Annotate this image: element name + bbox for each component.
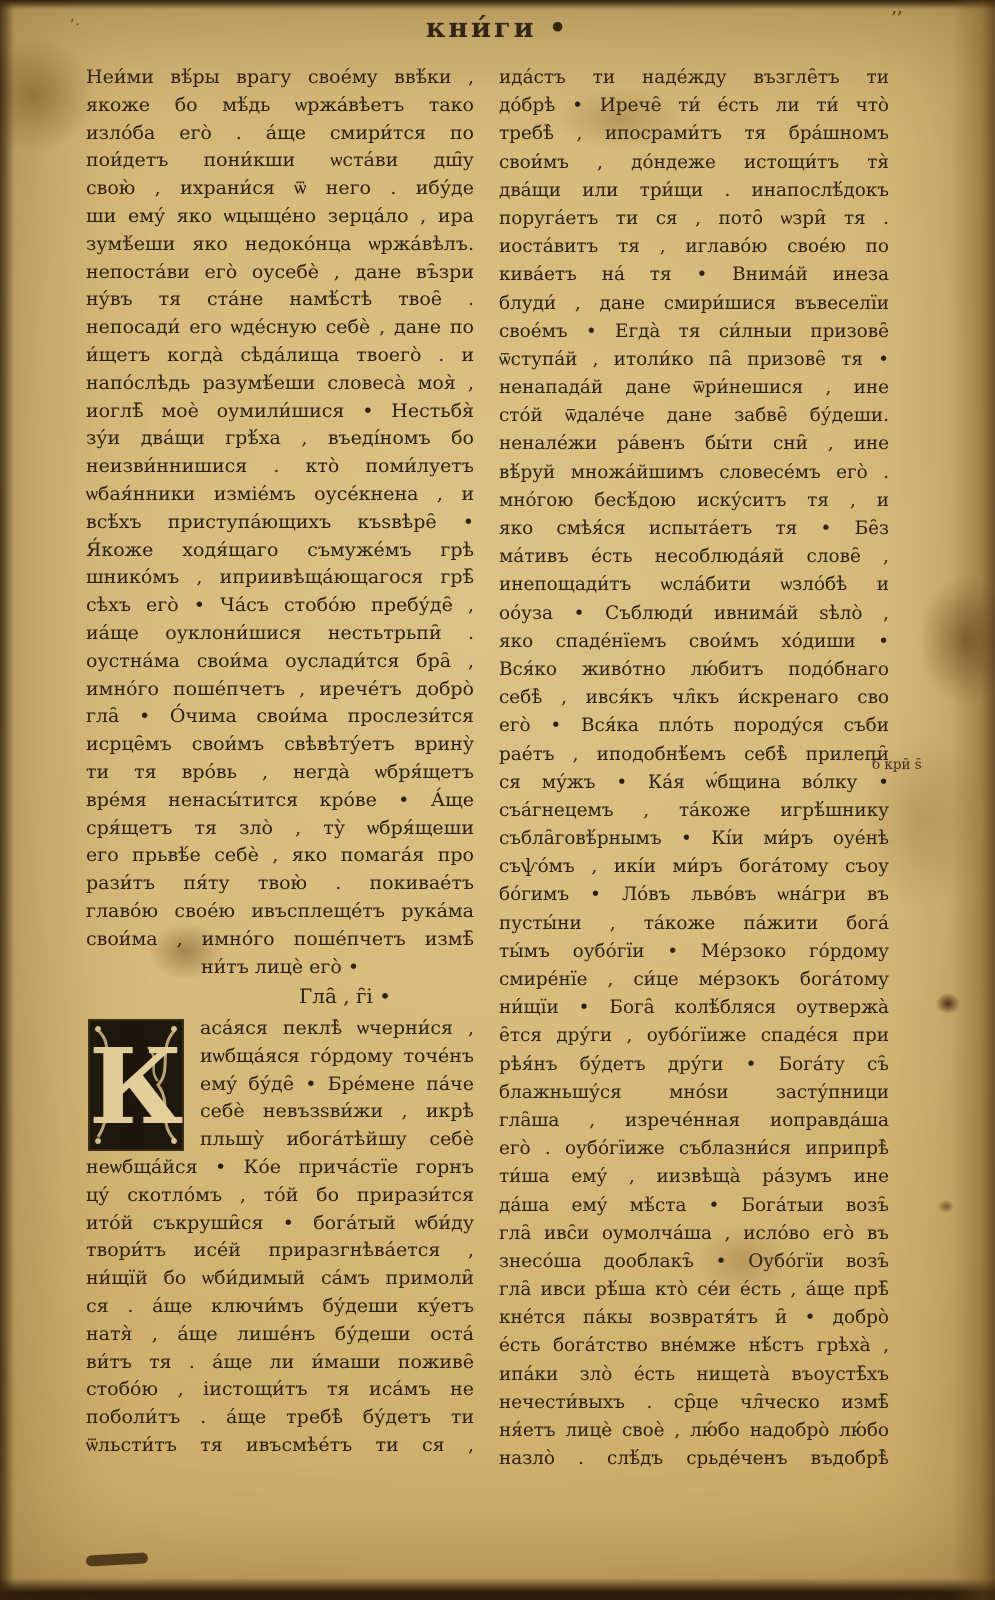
stain — [918, 575, 995, 705]
stain — [86, 1552, 148, 1566]
text-line: е̑тся дру́ги , оубо́гїиже спаде́ся при — [499, 1022, 889, 1050]
stain — [936, 993, 960, 1014]
margin-note: б кри̑ ѕ̑ — [872, 757, 922, 773]
text-line: кива́етъ на́ тя • Внима́й инеза — [499, 261, 889, 289]
text-line: главо́ю свое́ю ивъсплеще́тъ рука́ма — [86, 898, 474, 926]
text-line: гла̑ • О́чима свои́ма прослези́тся — [86, 703, 474, 731]
text-line: кне́тся па́кы возвратя́тъ и̑ • добро̀ — [499, 1304, 889, 1332]
chapter-block: К аса́яся пеклѣ̀ ѡчерни́ся ,иѡбща́яся го… — [86, 1015, 474, 1460]
stain — [0, 38, 95, 153]
text-line: его̀ . оубо́гїиже съблазни́ся иприпрѣ̀ — [499, 1135, 889, 1163]
text-line: съѱо́мъ , икі́и ми́ръ бога́тому съоу — [499, 853, 889, 881]
text-line: ся . а́ще ключи́мъ бу́деши ку́етъ — [86, 1293, 474, 1321]
text-line: ну́въ тя ста́не намѣ́стѣ твое̑ . — [86, 286, 474, 314]
text-line: изло́ба его̀ . а́ще смири́тся по — [86, 120, 474, 148]
text-line: пусты́ни , та́коже па́жити бога́ — [499, 910, 889, 938]
paragraph-block: Неи́ми вѣ́ры врагу свое́му ввѣ́ки ,якоже… — [86, 64, 474, 954]
text-line: и́щетъ когда̀ сѣда́лища твоего̀ . и — [86, 342, 474, 370]
text-line: ши ему́ яко ѡцыще́но зерца́ло , ира — [86, 203, 474, 231]
text-line: оо́уза • Съблюди́ ивнима́й ѕѣло̀ , — [499, 600, 889, 628]
text-line: два́щи или три́щи . инапослѣ́докъ — [499, 177, 889, 205]
text-line: поруга́етъ ти ся , пото̑ ѡзри̑ тя . — [499, 205, 889, 233]
text-line: нечести́выхъ . ср̑це чл̑ческо измѣ̑ — [499, 1389, 889, 1417]
text-line: рази́тъ пя́ту твою̀ . покивае́тъ — [86, 870, 474, 898]
text-line: цу́ скотло́мъ , то́й бо прирази́тся — [86, 1182, 474, 1210]
text-line: ни́щїи • Бога̑ колѣ́бляся оутвержа̀ — [499, 994, 889, 1022]
text-line: его прьвѣ́е себѐ , яко помага́я про — [86, 842, 474, 870]
text-line: свою̀ , ихрани́ся ѿ него . ибу́де — [86, 175, 474, 203]
text-line: напо́слѣдь разумѣ́еши словеса̀ моя̀ , — [86, 370, 474, 398]
text-line: требѣ̀ , ипосрами́тъ тя бра́шномъ — [499, 120, 889, 148]
text-line: блуди́ , дане смири́шися въвеселїи — [499, 290, 889, 318]
text-line: Неи́ми вѣ́ры врагу свое́му ввѣ́ки , — [86, 64, 474, 92]
text-line: его̀ • Вся́ка пло́ть породу́ся съби — [499, 712, 889, 740]
corner-mark-right: ’’ — [891, 8, 902, 29]
text-line: вѣ́руй множа́йшимъ словесе́мъ его̀ . — [499, 459, 889, 487]
svg-text:К: К — [89, 1025, 184, 1148]
text-line: зумѣ́еши яко недоко́нца ѡржа́вѣлъ. — [86, 231, 474, 259]
text-line: себѐ невъзѕви́жи , икрѣ — [200, 1098, 474, 1126]
text-line: зу́и два́щи грѣ́ха , въеді́номъ бо — [86, 425, 474, 453]
text-line: ненапада́й дане ѿри́нешися , ине — [499, 374, 889, 402]
text-line: сѣхъ его̀ • Ча́съ стобо́ю пребу́де̑ , — [86, 592, 474, 620]
text-line: Вся́ко живо́тно лю́битъ подо́бнаго — [499, 656, 889, 684]
text-line: ти тя вро́вь , негда̀ ѡбря́щетъ — [86, 759, 474, 787]
paragraph-end-line: ни́тъ лицѐ его̀ • — [86, 954, 474, 982]
text-line: блажньшу́ся мно́ѕи засту́пници — [499, 1079, 889, 1107]
text-line: яко спаде́нїемъ свои́мъ хо́диши • — [499, 628, 889, 656]
text-line: знесо́ша дооблакъ̑ • Оубо́гїи возъ̑ — [499, 1248, 889, 1276]
text-line: стобо́ю , іистощи́тъ тя иса́мъ не — [86, 1376, 474, 1404]
stain — [938, 1200, 954, 1213]
text-line: събла̑говѣ́рнымъ • Кі́и ми́ръ оуе́нѣ — [499, 825, 889, 853]
initial-letter-woodcut: К — [88, 1019, 184, 1151]
text-line: пльшу̀ ибога́тѣйшу себѐ — [200, 1126, 474, 1154]
text-line: непоста́ви его̀ оусебѐ , дане въ̑зри — [86, 259, 474, 287]
text-line: бо́гимъ • Ло́въ льво́въ ѡна́гри въ — [499, 881, 889, 909]
text-line: ѿступа́й , итоли́ко па̑ призове̑ тя • — [499, 346, 889, 374]
page-edge-right — [952, 0, 995, 1600]
text-line: ни́щїй бо ѡби́димый са́мъ примоли̑ — [86, 1265, 474, 1293]
text-line: неизви́ннишися . кто̀ поми́луетъ — [86, 453, 474, 481]
text-line: иоглѣ̑ моѐ оумили́шися • Нестьбя̀ — [86, 398, 474, 426]
text-line: яко смѣя́ся испыта́етъ тя • Бе̑з — [499, 515, 889, 543]
text-line: ѿльсти́тъ тя ивъсмѣе́тъ ти ся , — [86, 1432, 474, 1460]
text-line: свои́ма , имно́го поше́пчетъ измѣ̑ — [86, 926, 474, 954]
text-line: ида́стъ ти наде́жду възгле̑тъ ти — [499, 64, 889, 92]
text-line: исрце̑мъ свои́мъ свѣвѣту́етъ врину̀ — [86, 731, 474, 759]
text-line: мно́гою бесѣ́дою иску́ситъ тя , и — [499, 487, 889, 515]
text-line: себѣ̀ , ився́къ чл̑къ и́скренаго сво — [499, 684, 889, 712]
text-line: до́брѣ • Ирече̑ ти́ е́сть ли ти́ что̀ — [499, 92, 889, 120]
text-line: всѣ́хъ приступа́ющихъ къѕвѣре̑ • — [86, 509, 474, 537]
text-line: ты́мъ оубо́гїи • Ме́рзоко го́рдому — [499, 938, 889, 966]
text-line: поболи́тъ . а́ще требѣ̀ бу́детъ ти — [86, 1404, 474, 1432]
text-line: съа́гнецемъ , та́коже игрѣ́шнику — [499, 797, 889, 825]
text-line: непосади́ его ѡде́сную себѐ , дане по — [86, 314, 474, 342]
text-line: рѣя́нъ бу́детъ дру́ги • Бога́ту съ̑ — [499, 1051, 889, 1079]
running-head: кни́ги • — [0, 13, 995, 44]
text-line: е́сть бога́тство вне́мже нѣ́стъ грѣха̀ , — [499, 1332, 889, 1360]
text-line: аса́яся пеклѣ̀ ѡчерни́ся , — [200, 1015, 474, 1043]
text-line: шнико́мъ , иприивѣща́ющагося грѣ̑ — [86, 564, 474, 592]
text-line: инепощади́тъ ѡсла́бити ѡзло́бѣ и — [499, 571, 889, 599]
text-line: ви́тъ тя . а́ще ли и́маши поживе̑ — [86, 1349, 474, 1377]
page-edge-left — [0, 0, 14, 1600]
text-line: ипа́ки зло̀ е́сть нищета̀ въоустѣ̑хъ — [499, 1361, 889, 1389]
text-line: вре́мя ненасы́тится кро́ве • А́ще — [86, 787, 474, 815]
chapter-heading: Гла̑ , г̑і • — [86, 983, 474, 1011]
text-line: сря́щетъ тя зло̀ , ту̀ ѡбря́щеши — [86, 815, 474, 843]
text-line: да́ша ему́ мѣ́ста • Бога́тыи возъ̑ — [499, 1192, 889, 1220]
text-line: ти́ша ему́ , иизвѣща̀ ра́зумъ ине — [499, 1163, 889, 1191]
text-line: ся му́жъ • Ка́я ѡ́бщина во́лку • — [499, 769, 889, 797]
text-line: свое́мъ • Егда̀ тя си́лныи призове̑ — [499, 318, 889, 346]
right-column: ида́стъ ти наде́жду възгле̑тъ тидо́брѣ •… — [499, 64, 889, 1473]
text-line: ма́тивъ е́сть несоблюда́яй слове̑ , — [499, 543, 889, 571]
text-line: ненале́жи ра́венъ бы́ти сни̑ , ине — [499, 430, 889, 458]
text-line: якоже бо мѣ́дь ѡржа́вѣетъ тако — [86, 92, 474, 120]
text-line: рае́тъ , иподобнѣ́емъ себѣ̀ прилепи̑ — [499, 741, 889, 769]
text-line: оустна́ма свои́ма оуслади́тся бра̑ , — [86, 648, 474, 676]
text-line: ѡбая́нники изміе́мъ оусе́кнена , и — [86, 481, 474, 509]
text-line: сто́й ѿдале́че дане забве̑ бу́деши. — [499, 402, 889, 430]
text-line: смире́нїе , си́це ме́рзокъ бога́тому — [499, 966, 889, 994]
left-column: Неи́ми вѣ́ры врагу свое́му ввѣ́ки ,якоже… — [86, 64, 474, 1460]
text-line: иа́ще оуклони́шися нестьтрьпи̑ . — [86, 620, 474, 648]
text-line: назло̀ . слѣ́дъ срьде́ченъ въдобрѣ̀ — [499, 1445, 889, 1473]
text-line: ему́ бу́де̑ • Бре́мене па́че — [200, 1071, 474, 1099]
text-line: ня́етъ лицѐ своѐ , лю́бо надобро̀ лю́бо — [499, 1417, 889, 1445]
text-line: иоста́витъ тя , иглаво́ю свое́ю по — [499, 233, 889, 261]
text-line: гла̑ ивси рѣ́ша кто̀ се́и е́сть , а́ще п… — [499, 1276, 889, 1304]
text-line: гла̑ ивс̑и оумолча́ша , исло́во его̀ въ — [499, 1220, 889, 1248]
text-line: свои́мъ , до́ндеже истощи́тъ тя̀ — [499, 149, 889, 177]
text-line: неѡбща́йся • Ко́е прича́стїе горнъ — [86, 1154, 474, 1182]
text-line: Я́коже ходя́щаго съмуже́мъ грѣ — [86, 537, 474, 565]
page-edge-bottom — [0, 1578, 995, 1600]
text-line: натя̀ , а́ще лише́нъ бу́деши оста́ — [86, 1321, 474, 1349]
text-line: гла̑ша , изрече́нная иоправда́ша — [499, 1107, 889, 1135]
book-page: кни́ги • ’· ’’ Неи́ми вѣ́ры врагу свое́м… — [0, 0, 995, 1600]
text-line: имно́го поше́пчетъ , ирече́тъ добро̀ — [86, 676, 474, 704]
text-line: иѡбща́яся го́рдому точе́нъ — [200, 1043, 474, 1071]
text-line: твори́тъ исе́й приразгнѣва́ется , — [86, 1237, 474, 1265]
text-line: пои́детъ пони́кши ѡста́ви дш̑у — [86, 147, 474, 175]
text-line: ито́й съкруши̑ся • бога́тый ѡби́ду — [86, 1210, 474, 1238]
page-edge-top — [0, 0, 995, 9]
